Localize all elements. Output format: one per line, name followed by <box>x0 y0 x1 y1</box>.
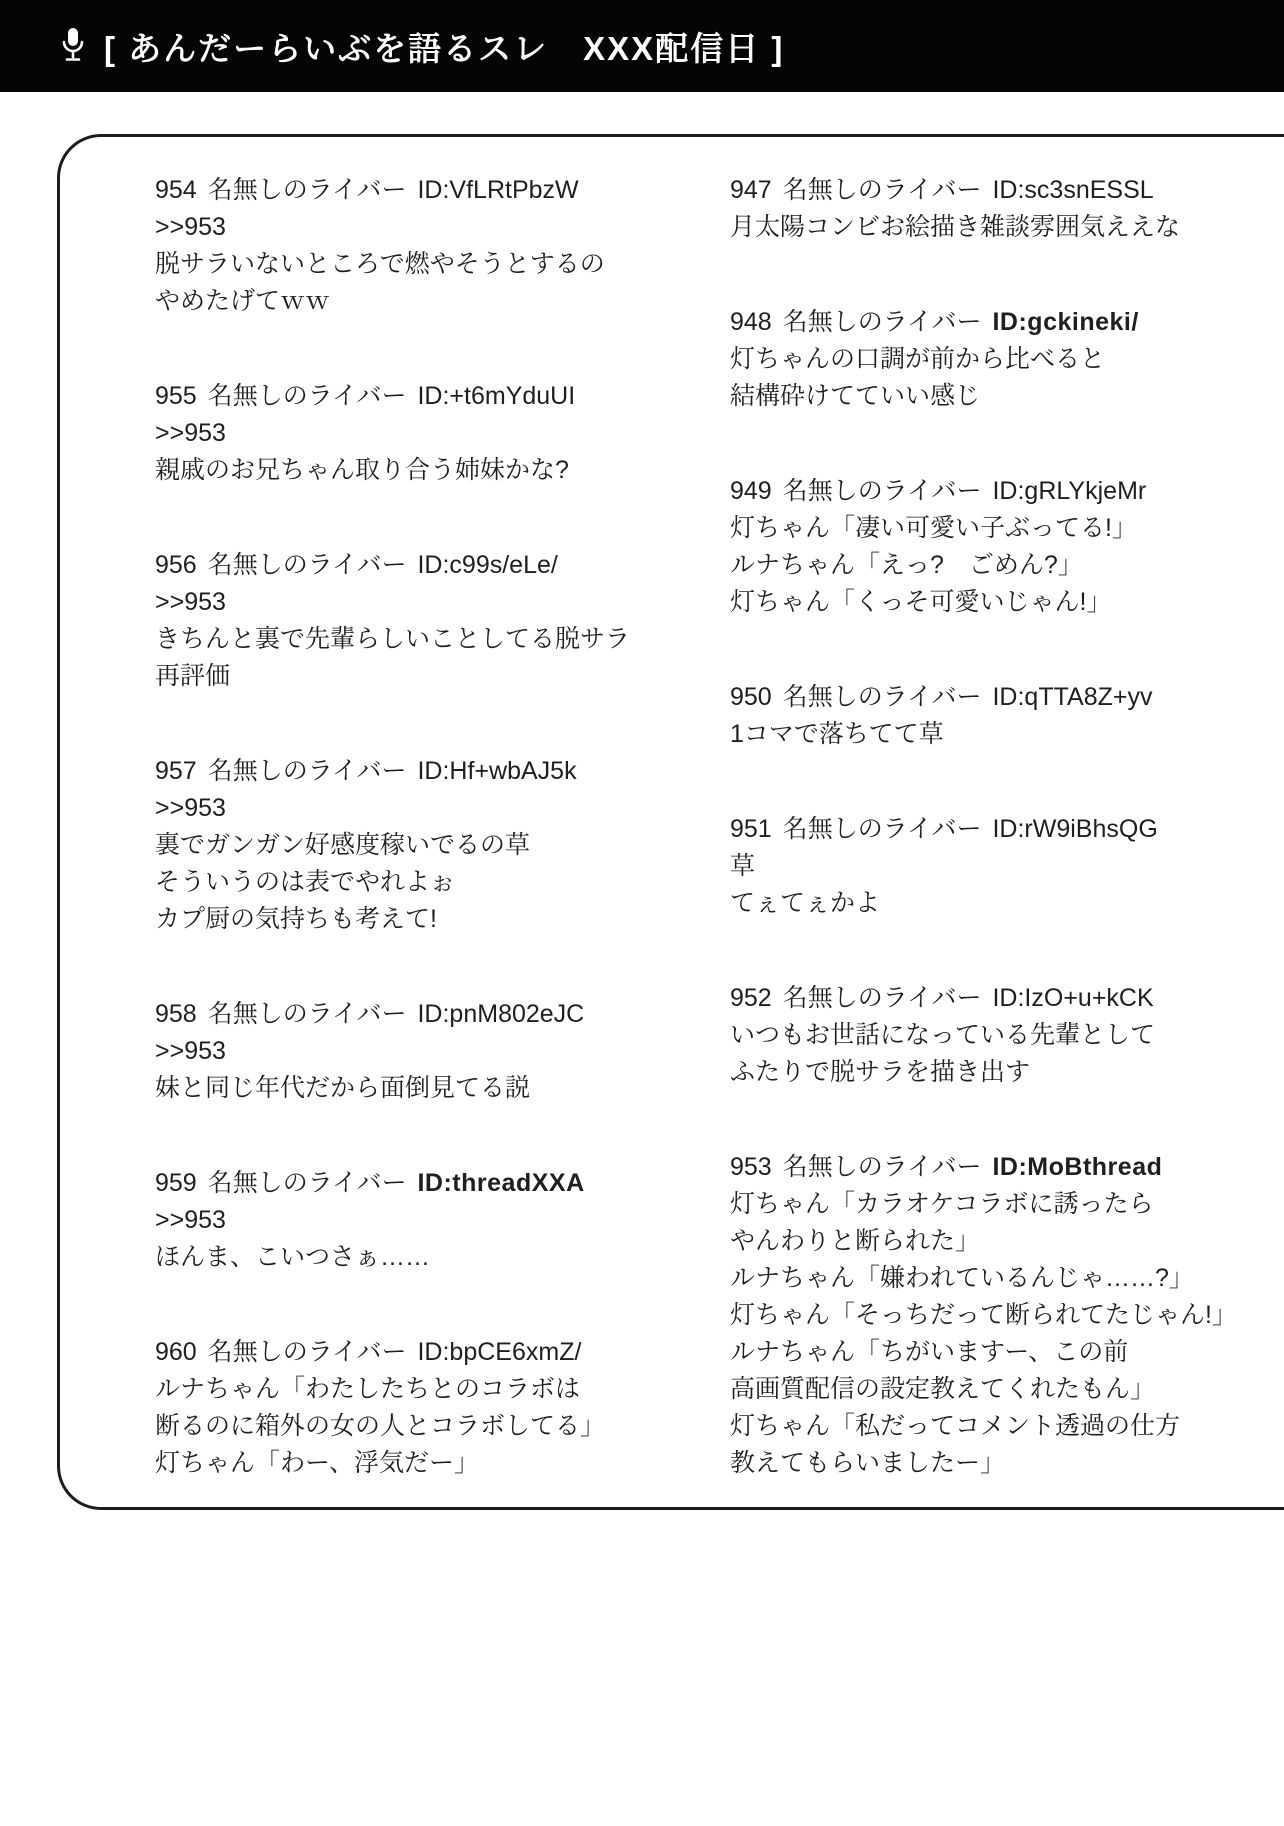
post-line: 裏でガンガン好感度稼いでるの草 <box>155 827 730 864</box>
post-number: 957 <box>155 757 197 785</box>
post-author: 名無しのライバー <box>783 1153 982 1181</box>
post-author: 名無しのライバー <box>208 176 407 204</box>
post-line: ふたりで脱サラを描き出す <box>730 1054 1265 1091</box>
post-id: ID:pnM802eJC <box>417 1000 584 1028</box>
forum-post: 960名無しのライバーID:bpCE6xmZ/ ルナちゃん「わたしたちとのコラボ… <box>155 1334 730 1482</box>
forum-post: 959名無しのライバーID:threadXXA >>953ほんま、こいつさぁ…… <box>155 1165 730 1276</box>
post-line: きちんと裏で先輩らしいことしてる脱サラ <box>155 621 730 658</box>
post-body: >>953脱サラいないところで燃やそうとするのやめたげてｗｗ <box>155 209 730 320</box>
post-author: 名無しのライバー <box>208 757 407 785</box>
post-line: 灯ちゃん「くっそ可愛いじゃん!」 <box>730 584 1265 621</box>
thread-posts: 954名無しのライバーID:VfLRtPbzW >>953脱サラいないところで燃… <box>155 172 1265 1540</box>
thread-column-right: 947名無しのライバーID:sc3snESSL 月太陽コンビお絵描き雑談雰囲気え… <box>730 172 1265 1540</box>
post-line: てぇてぇかよ <box>730 885 1265 922</box>
thread-column-left: 954名無しのライバーID:VfLRtPbzW >>953脱サラいないところで燃… <box>155 172 730 1540</box>
post-id: ID:gRLYkjeMr <box>992 477 1146 505</box>
post-number: 959 <box>155 1169 197 1197</box>
post-id: ID:sc3snESSL <box>992 176 1153 204</box>
post-header: 947名無しのライバーID:sc3snESSL <box>730 172 1265 209</box>
post-line: ルナちゃん「嫌われているんじゃ……?」 <box>730 1260 1265 1297</box>
post-number: 949 <box>730 477 772 505</box>
post-header: 960名無しのライバーID:bpCE6xmZ/ <box>155 1334 730 1371</box>
post-number: 954 <box>155 176 197 204</box>
post-id: ID:qTTA8Z+yv <box>992 683 1152 711</box>
post-line: >>953 <box>155 790 730 827</box>
post-body: >>953妹と同じ年代だから面倒見てる説 <box>155 1033 730 1107</box>
post-line: 灯ちゃん「そっちだって断られてたじゃん!」 <box>730 1297 1265 1334</box>
post-body: ルナちゃん「わたしたちとのコラボは断るのに箱外の女の人とコラボしてる」灯ちゃん「… <box>155 1371 730 1482</box>
post-line: 高画質配信の設定教えてくれたもん」 <box>730 1371 1265 1408</box>
forum-post: 957名無しのライバーID:Hf+wbAJ5k >>953裏でガンガン好感度稼い… <box>155 753 730 938</box>
microphone-icon <box>58 26 88 66</box>
post-line: >>953 <box>155 584 730 621</box>
post-id: ID:rW9iBhsQG <box>992 815 1157 843</box>
post-line: ほんま、こいつさぁ…… <box>155 1239 730 1276</box>
post-body: >>953親戚のお兄ちゃん取り合う姉妹かな? <box>155 415 730 489</box>
post-number: 947 <box>730 176 772 204</box>
post-id: ID:c99s/eLe/ <box>417 551 557 579</box>
post-line: そういうのは表でやれよぉ <box>155 864 730 901</box>
forum-post: 955名無しのライバーID:+t6mYduUI >>953親戚のお兄ちゃん取り合… <box>155 378 730 489</box>
post-header: 949名無しのライバーID:gRLYkjeMr <box>730 473 1265 510</box>
forum-post: 947名無しのライバーID:sc3snESSL 月太陽コンビお絵描き雑談雰囲気え… <box>730 172 1265 246</box>
post-number: 948 <box>730 308 772 336</box>
post-header: 950名無しのライバーID:qTTA8Z+yv <box>730 679 1265 716</box>
post-header: 951名無しのライバーID:rW9iBhsQG <box>730 811 1265 848</box>
post-number: 960 <box>155 1338 197 1366</box>
post-line: >>953 <box>155 1202 730 1239</box>
thread-title-bar: [ あんだーらいぶを語るスレ XXX配信日 ] <box>0 0 1284 92</box>
post-author: 名無しのライバー <box>783 308 982 336</box>
post-body: 1コマで落ちてて草 <box>730 716 1265 753</box>
post-line: >>953 <box>155 415 730 452</box>
post-line: 灯ちゃん「カラオケコラボに誘ったら <box>730 1186 1265 1223</box>
forum-post: 953名無しのライバーID:MoBthread 灯ちゃん「カラオケコラボに誘った… <box>730 1149 1265 1482</box>
forum-post: 948名無しのライバーID:gckineki/ 灯ちゃんの口調が前から比べると結… <box>730 304 1265 415</box>
post-line: いつもお世話になっている先輩として <box>730 1017 1265 1054</box>
forum-post: 951名無しのライバーID:rW9iBhsQG 草てぇてぇかよ <box>730 811 1265 922</box>
post-body: 月太陽コンビお絵描き雑談雰囲気ええな <box>730 209 1265 246</box>
post-line: やめたげてｗｗ <box>155 283 730 320</box>
post-header: 953名無しのライバーID:MoBthread <box>730 1149 1265 1186</box>
post-line: カプ厨の気持ちも考えて! <box>155 901 730 938</box>
post-header: 959名無しのライバーID:threadXXA <box>155 1165 730 1202</box>
post-line: 親戚のお兄ちゃん取り合う姉妹かな? <box>155 452 730 489</box>
post-line: 再評価 <box>155 658 730 695</box>
post-author: 名無しのライバー <box>783 984 982 1012</box>
thread-title: [ あんだーらいぶを語るスレ XXX配信日 ] <box>104 23 784 70</box>
post-line: やんわりと断られた」 <box>730 1223 1265 1260</box>
post-author: 名無しのライバー <box>208 1000 407 1028</box>
post-id: ID:+t6mYduUI <box>417 382 575 410</box>
post-line: 灯ちゃん「わー、浮気だー」 <box>155 1445 730 1482</box>
post-body: 草てぇてぇかよ <box>730 848 1265 922</box>
post-id: ID:Hf+wbAJ5k <box>417 757 576 785</box>
post-line: 妹と同じ年代だから面倒見てる説 <box>155 1070 730 1107</box>
post-header: 954名無しのライバーID:VfLRtPbzW <box>155 172 730 209</box>
post-line: ルナちゃん「ちがいますー、この前 <box>730 1334 1265 1371</box>
forum-post: 954名無しのライバーID:VfLRtPbzW >>953脱サラいないところで燃… <box>155 172 730 320</box>
post-header: 952名無しのライバーID:IzO+u+kCK <box>730 980 1265 1017</box>
post-number: 955 <box>155 382 197 410</box>
post-line: 断るのに箱外の女の人とコラボしてる」 <box>155 1408 730 1445</box>
forum-post: 958名無しのライバーID:pnM802eJC >>953妹と同じ年代だから面倒… <box>155 996 730 1107</box>
post-author: 名無しのライバー <box>783 176 982 204</box>
post-number: 951 <box>730 815 772 843</box>
post-author: 名無しのライバー <box>208 551 407 579</box>
forum-post: 949名無しのライバーID:gRLYkjeMr 灯ちゃん「凄い可愛い子ぶってる!… <box>730 473 1265 621</box>
post-line: 月太陽コンビお絵描き雑談雰囲気ええな <box>730 209 1265 246</box>
post-number: 952 <box>730 984 772 1012</box>
post-line: 1コマで落ちてて草 <box>730 716 1265 753</box>
post-number: 953 <box>730 1153 772 1181</box>
post-body: >>953きちんと裏で先輩らしいことしてる脱サラ再評価 <box>155 584 730 695</box>
post-body: 灯ちゃん「カラオケコラボに誘ったらやんわりと断られた」ルナちゃん「嫌われているん… <box>730 1186 1265 1482</box>
post-header: 958名無しのライバーID:pnM802eJC <box>155 996 730 1033</box>
post-header: 948名無しのライバーID:gckineki/ <box>730 304 1265 341</box>
post-line: 草 <box>730 848 1265 885</box>
post-body: >>953裏でガンガン好感度稼いでるの草そういうのは表でやれよぉカプ厨の気持ちも… <box>155 790 730 938</box>
post-line: 教えてもらいましたー」 <box>730 1445 1265 1482</box>
post-line: ルナちゃん「わたしたちとのコラボは <box>155 1371 730 1408</box>
post-author: 名無しのライバー <box>783 815 982 843</box>
post-header: 955名無しのライバーID:+t6mYduUI <box>155 378 730 415</box>
post-id: ID:threadXXA <box>417 1169 584 1197</box>
post-line: 脱サラいないところで燃やそうとするの <box>155 246 730 283</box>
post-id: ID:VfLRtPbzW <box>417 176 578 204</box>
post-line: 灯ちゃん「私だってコメント透過の仕方 <box>730 1408 1265 1445</box>
post-body: >>953ほんま、こいつさぁ…… <box>155 1202 730 1276</box>
post-line: >>953 <box>155 1033 730 1070</box>
post-id: ID:gckineki/ <box>992 308 1138 336</box>
post-body: 灯ちゃん「凄い可愛い子ぶってる!」ルナちゃん「えっ? ごめん?」灯ちゃん「くっそ… <box>730 510 1265 621</box>
forum-post: 952名無しのライバーID:IzO+u+kCK いつもお世話になっている先輩とし… <box>730 980 1265 1091</box>
post-author: 名無しのライバー <box>783 683 982 711</box>
post-number: 958 <box>155 1000 197 1028</box>
post-number: 956 <box>155 551 197 579</box>
forum-post: 950名無しのライバーID:qTTA8Z+yv 1コマで落ちてて草 <box>730 679 1265 753</box>
post-author: 名無しのライバー <box>783 477 982 505</box>
post-body: いつもお世話になっている先輩としてふたりで脱サラを描き出す <box>730 1017 1265 1091</box>
post-header: 957名無しのライバーID:Hf+wbAJ5k <box>155 753 730 790</box>
post-header: 956名無しのライバーID:c99s/eLe/ <box>155 547 730 584</box>
post-author: 名無しのライバー <box>208 1169 407 1197</box>
post-line: 結構砕けてていい感じ <box>730 378 1265 415</box>
post-id: ID:IzO+u+kCK <box>992 984 1153 1012</box>
forum-post: 956名無しのライバーID:c99s/eLe/ >>953きちんと裏で先輩らしい… <box>155 547 730 695</box>
post-line: 灯ちゃんの口調が前から比べると <box>730 341 1265 378</box>
post-id: ID:MoBthread <box>992 1153 1162 1181</box>
post-author: 名無しのライバー <box>208 1338 407 1366</box>
post-body: 灯ちゃんの口調が前から比べると結構砕けてていい感じ <box>730 341 1265 415</box>
post-author: 名無しのライバー <box>208 382 407 410</box>
post-line: ルナちゃん「えっ? ごめん?」 <box>730 547 1265 584</box>
post-number: 950 <box>730 683 772 711</box>
post-line: >>953 <box>155 209 730 246</box>
post-id: ID:bpCE6xmZ/ <box>417 1338 581 1366</box>
post-line: 灯ちゃん「凄い可愛い子ぶってる!」 <box>730 510 1265 547</box>
